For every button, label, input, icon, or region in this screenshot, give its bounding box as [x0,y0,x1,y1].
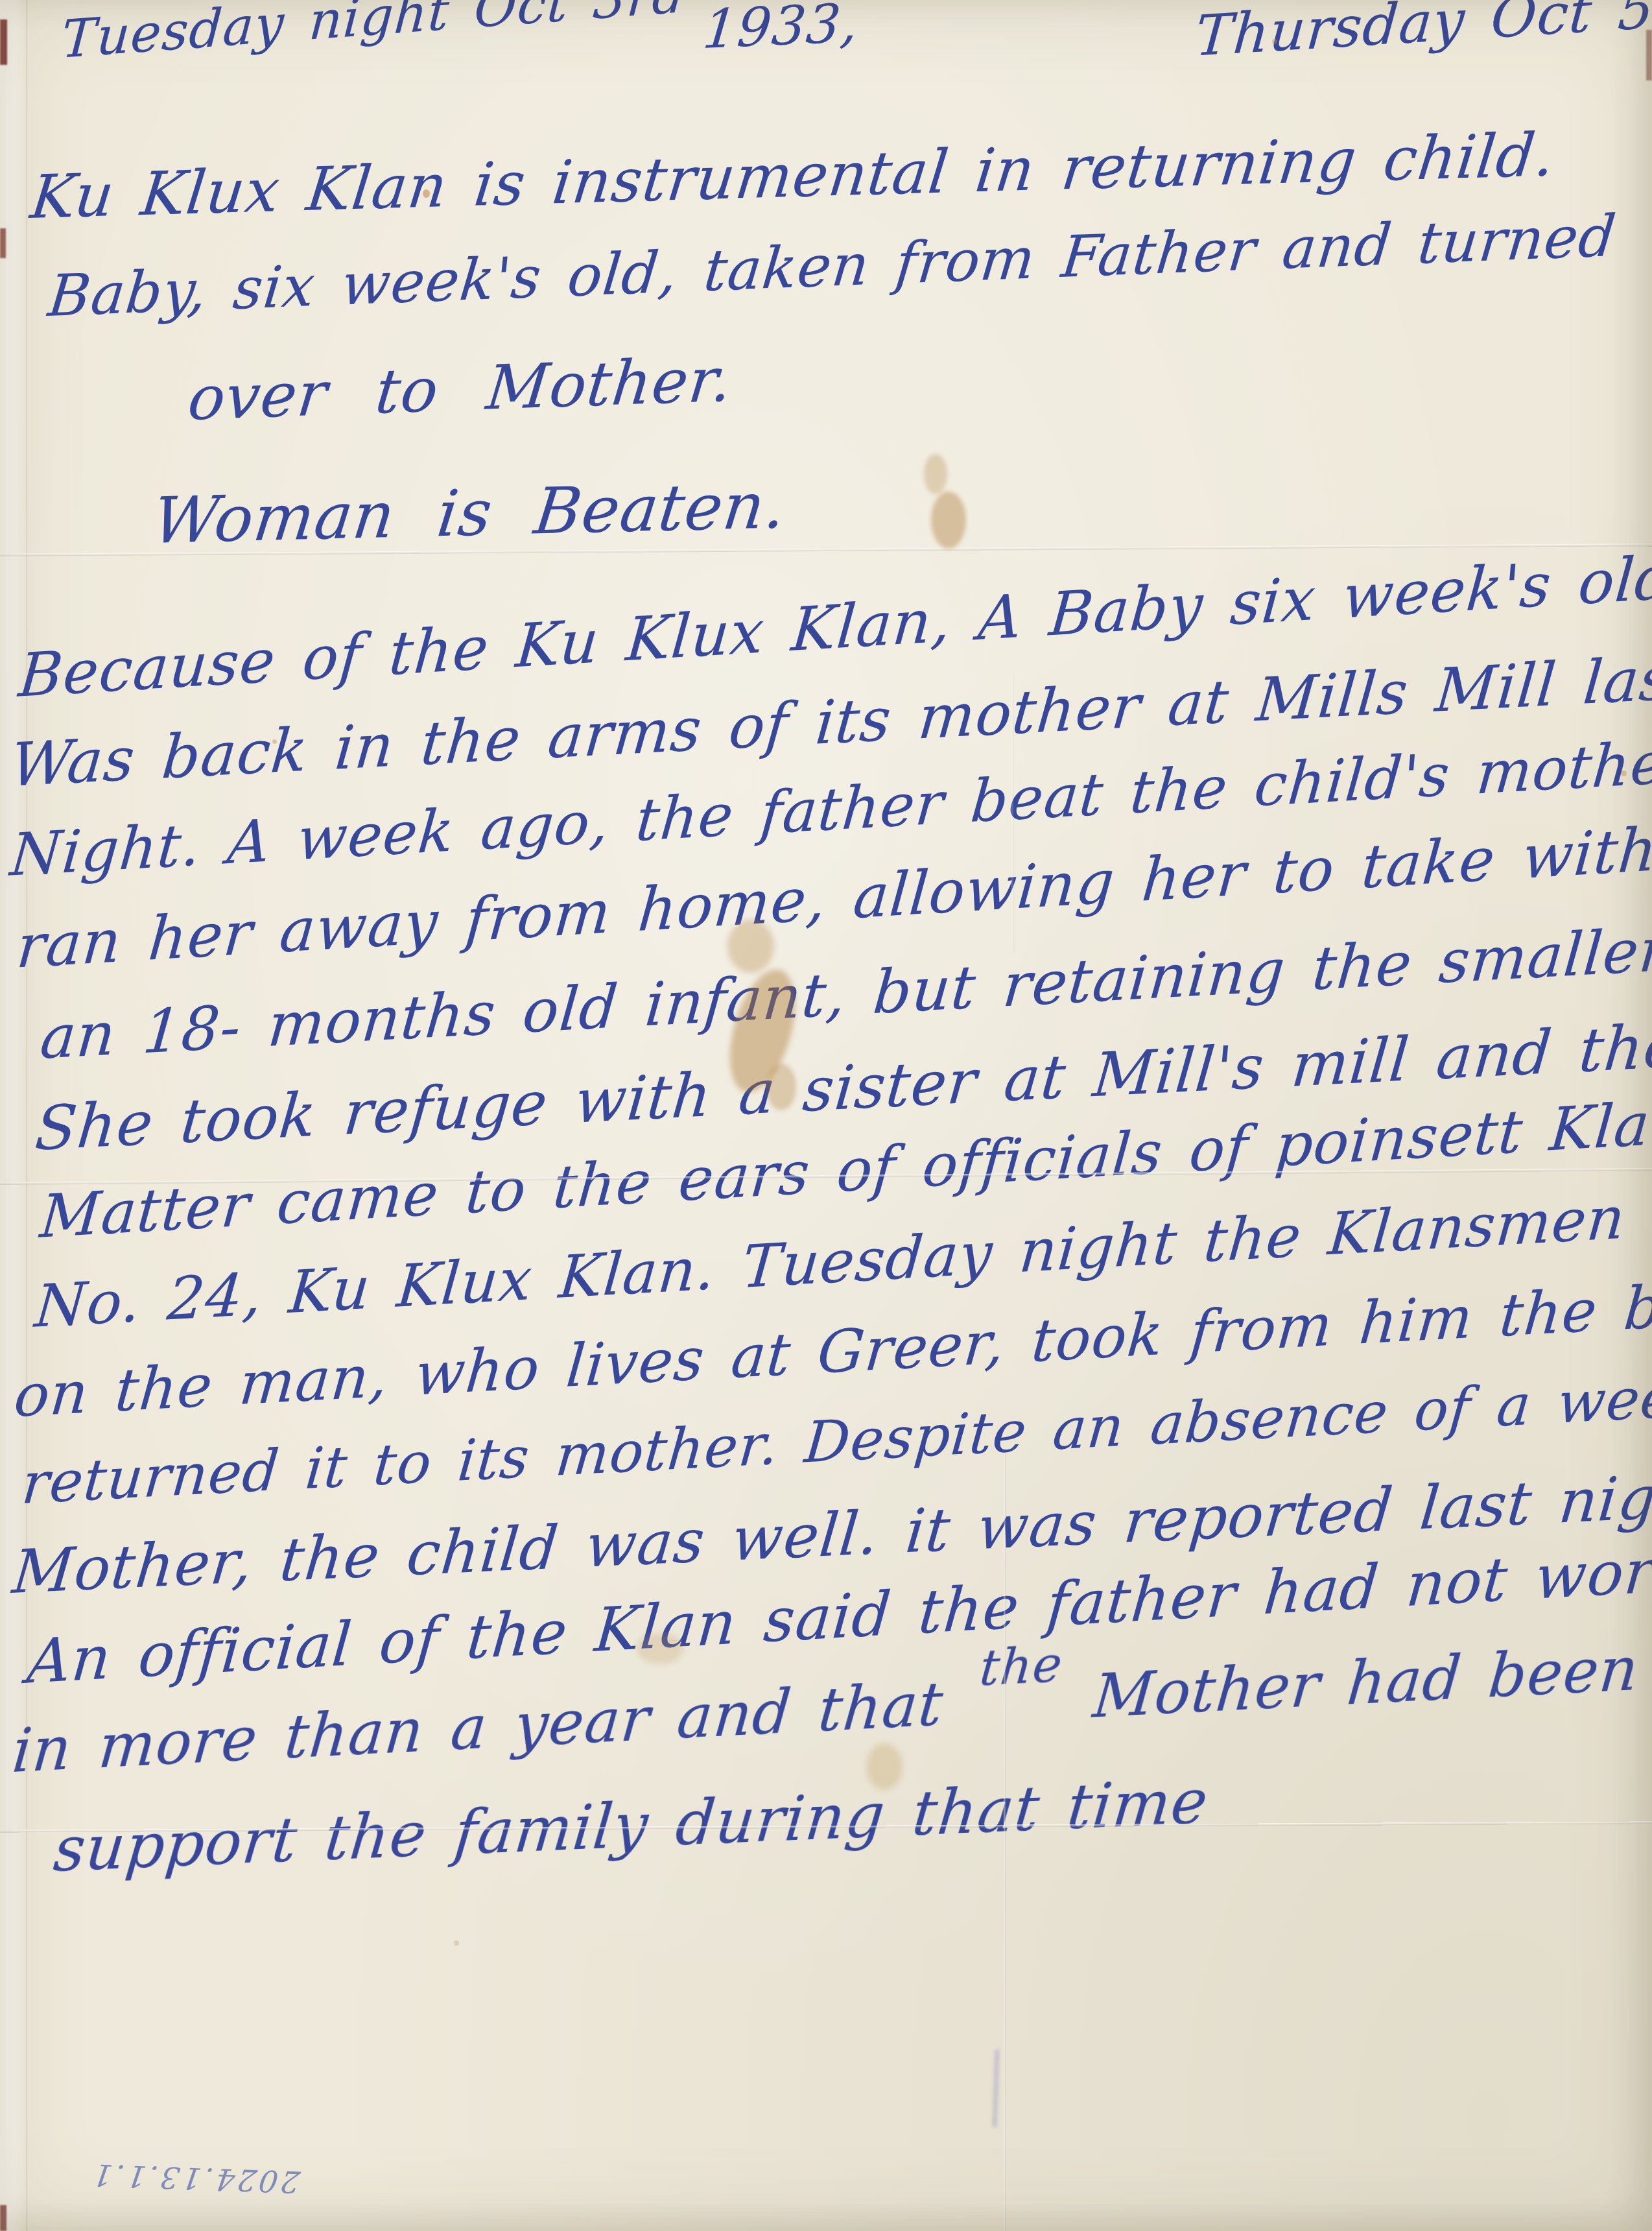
body-line: support the family during that time [51,1767,1211,1886]
inserted-word: the [978,1635,1065,1696]
stain [931,492,966,549]
letter-scan-page: Tuesday night Oct 3rd 1933, Thursday Oct… [0,0,1652,2231]
catalog-number: 2024.13.1.1 [88,2157,301,2199]
ink-speck [454,1940,459,1946]
scan-edge-left [0,0,26,2231]
date-left: Tuesday night Oct 3rd [60,0,688,70]
headline-line: Woman is Beaten. [149,470,790,558]
date-right: Thursday Oct 5,1 [1193,0,1652,69]
stain [924,454,947,494]
headline-line: over to Mother. [185,345,736,435]
date-year: 1933, [700,0,862,61]
scan-edge-left-line [26,0,28,2231]
blue-smudge [992,2049,1000,2127]
body-line-post: Mother had been forced to [1090,1618,1652,1732]
